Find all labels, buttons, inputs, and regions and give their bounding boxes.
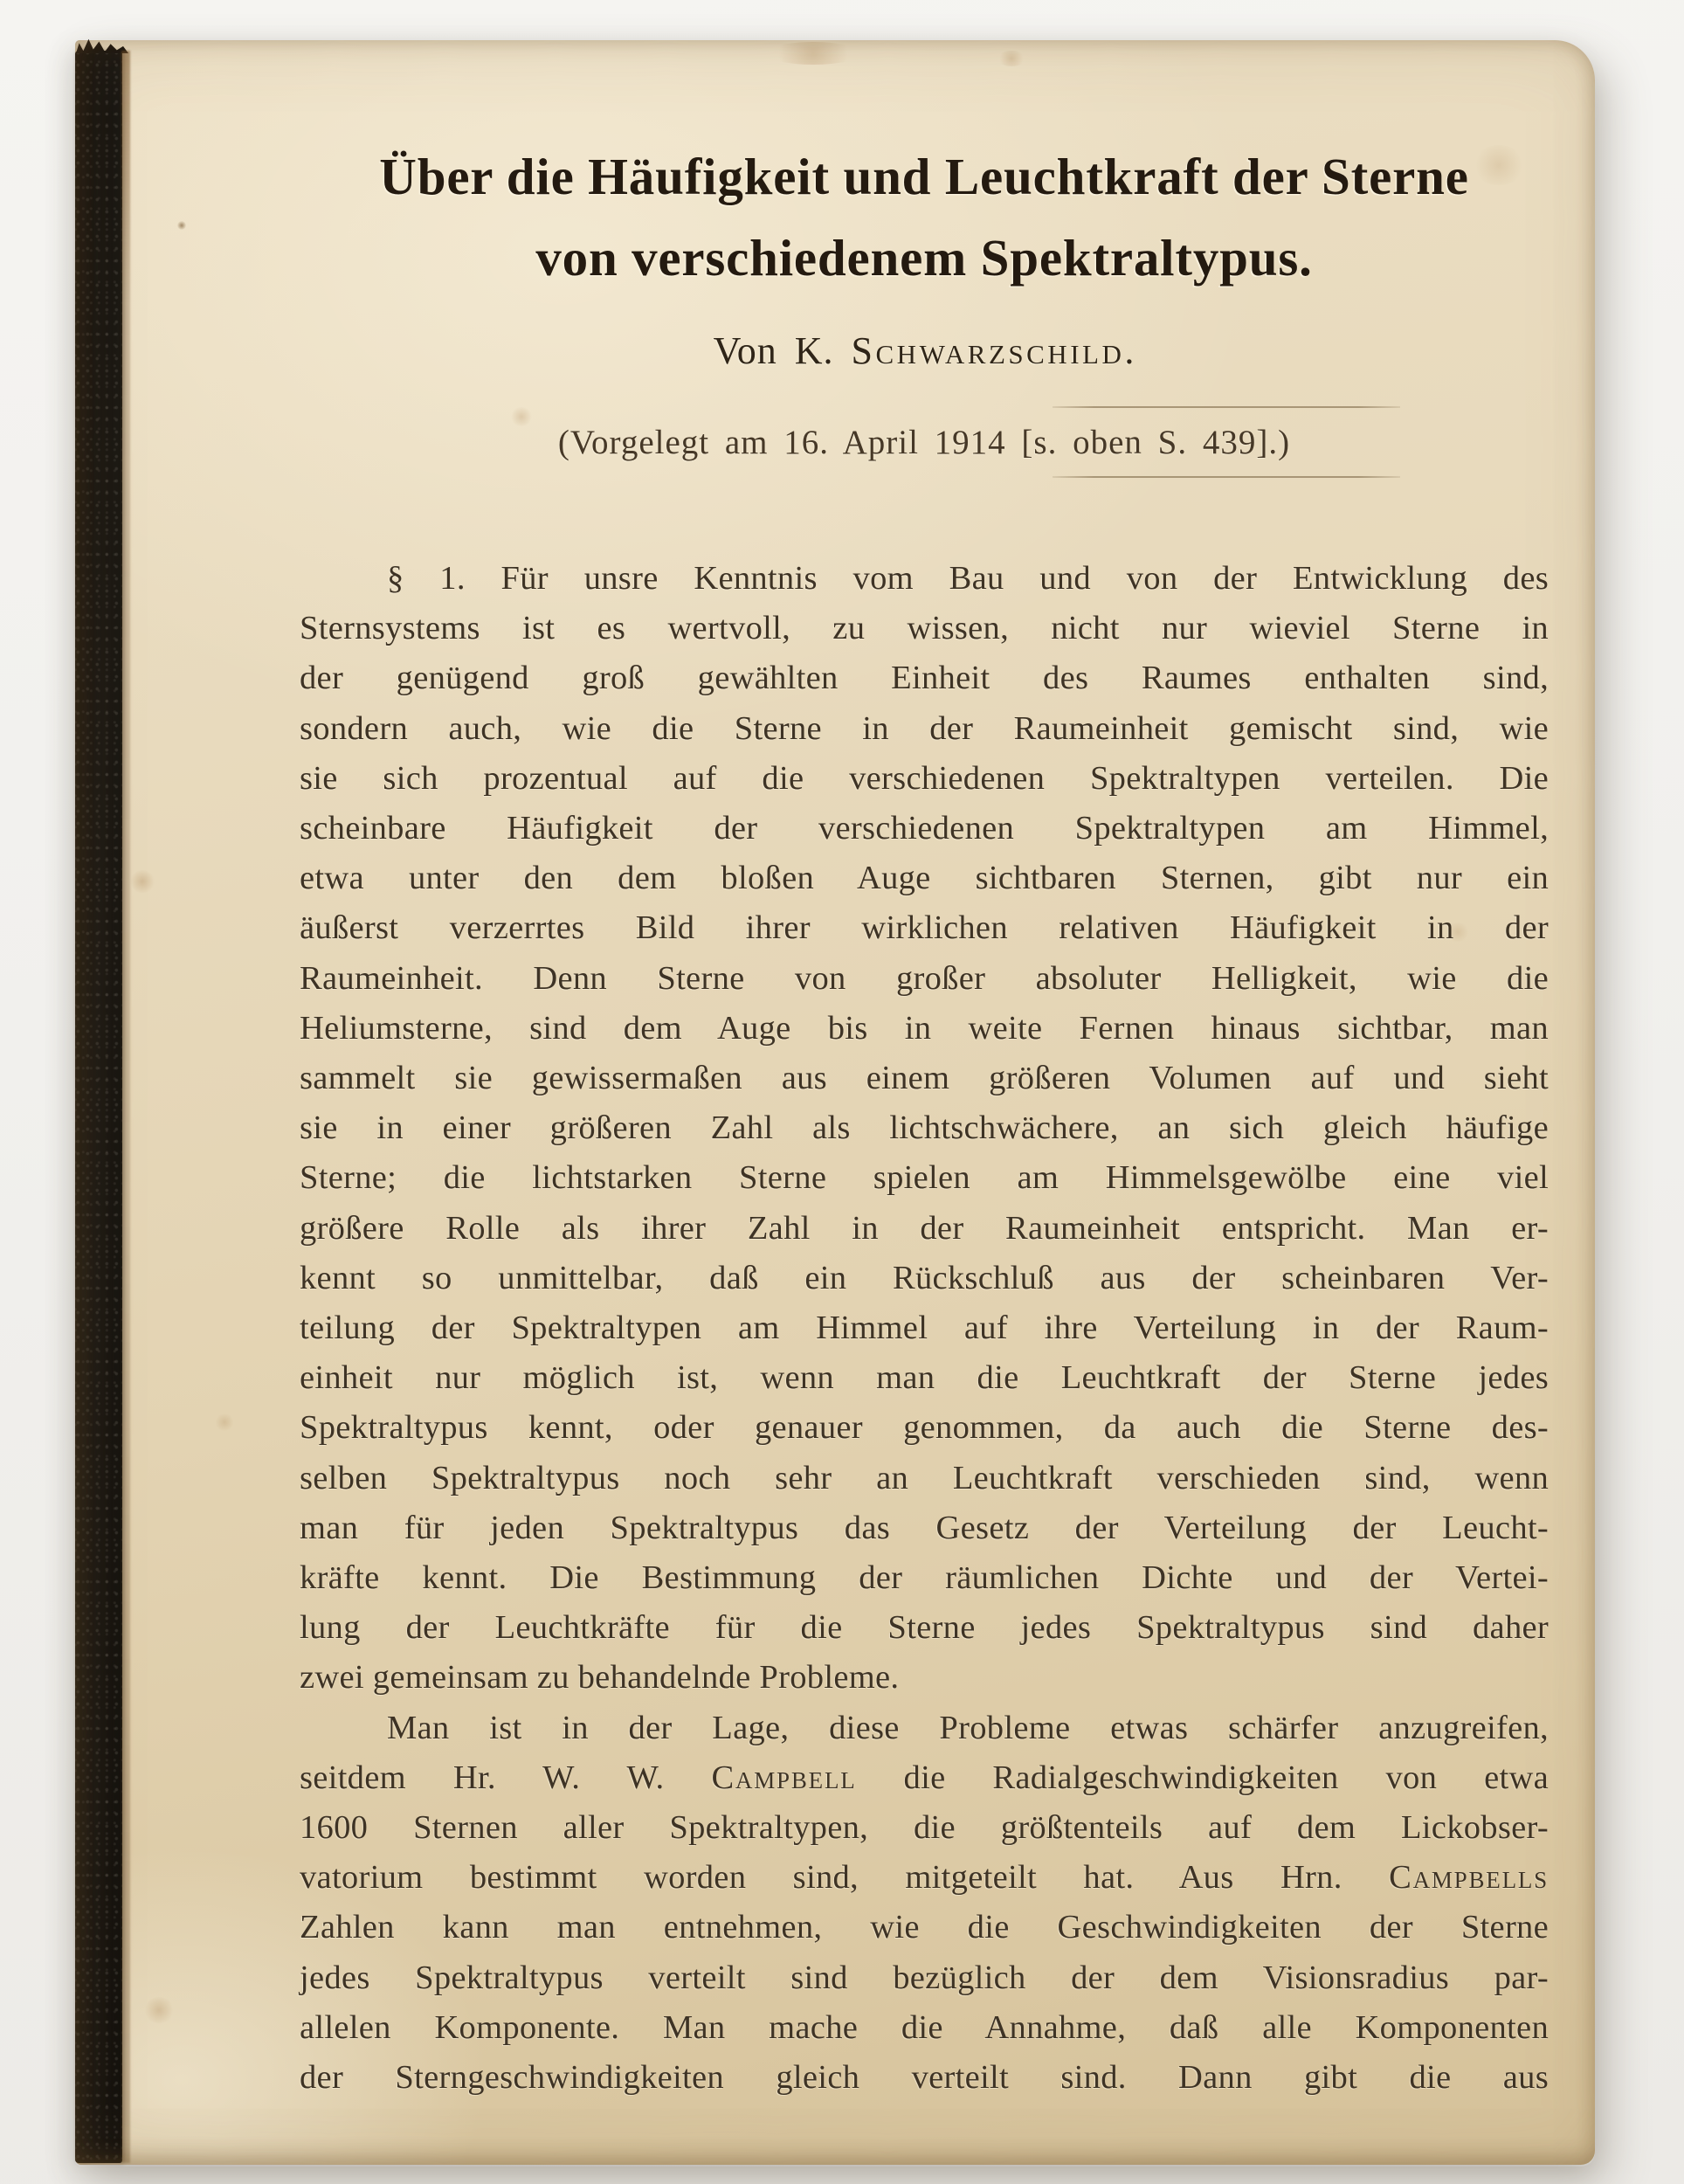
body-line: kräfte kennt. Die Bestimmung der räumlic… (300, 1553, 1549, 1603)
author-prefix: Von K. (714, 329, 852, 372)
body-line: Sterne; die lichtstarken Sterne spielen … (300, 1153, 1549, 1203)
body-line: Spektraltypus kennt, oder genauer genomm… (300, 1403, 1549, 1453)
author-name: Schwarzschild (852, 329, 1125, 372)
body-line: man für jeden Spektraltypus das Gesetz d… (300, 1503, 1549, 1553)
binding-fray (76, 38, 128, 53)
body-line: seitdem Hr. W. W. Campbell die Radialges… (300, 1753, 1549, 1803)
body-line: zwei gemeinsam zu behandelnde Probleme. (300, 1653, 1549, 1703)
body-line: teilung der Spektraltypen am Himmel auf … (300, 1303, 1549, 1353)
body-line: 1600 Sternen aller Spektraltypen, die gr… (300, 1803, 1549, 1853)
body-line: sie sich prozentual auf die verschiedene… (300, 754, 1549, 804)
small-caps-name: Campbell (711, 1759, 856, 1796)
body-line: einheit nur möglich ist, wenn man die Le… (300, 1353, 1549, 1403)
body-line-text: seitdem Hr. W. W. (300, 1759, 711, 1796)
age-spot (177, 221, 186, 230)
body-line: scheinbare Häufigkeit der verschiedenen … (300, 804, 1549, 854)
body-line: kennt so unmittelbar, daß ein Rückschluß… (300, 1254, 1549, 1303)
small-caps-name: Campbells (1389, 1859, 1549, 1896)
body-line: selben Spektraltypus noch sehr an Leucht… (300, 1454, 1549, 1503)
binding-tape (75, 51, 122, 2163)
author-suffix: . (1124, 329, 1135, 372)
body-line: Sternsystems ist es wertvoll, zu wissen,… (300, 604, 1549, 653)
separator-rule-top (1052, 406, 1400, 408)
age-spot (215, 1413, 234, 1431)
binding-glue-edge (121, 51, 130, 2163)
body-line: § 1. Für unsre Kenntnis vom Bau und von … (300, 554, 1549, 604)
presentation-note: (Vorgelegt am 16. April 1914 [s. oben S.… (300, 418, 1549, 467)
body-line: sammelt sie gewissermaßen aus einem größ… (300, 1054, 1549, 1103)
body-line: äußerst verzerrtes Bild ihrer wirklichen… (300, 903, 1549, 953)
article-title: Über die Häufigkeit und Leuchtkraft der … (300, 136, 1549, 299)
body-line: Man ist in der Lage, diese Probleme etwa… (300, 1704, 1549, 1753)
body-line: sondern auch, wie die Sterne in der Raum… (300, 704, 1549, 754)
article-body: § 1. Für unsre Kenntnis vom Bau und von … (300, 554, 1549, 2103)
body-line: vatorium bestimmt worden sind, mitgeteil… (300, 1853, 1549, 1903)
body-line: Zahlen kann man entnehmen, wie die Gesch… (300, 1903, 1549, 1952)
age-spot (129, 870, 155, 893)
body-line: Raumeinheit. Denn Sterne von großer abso… (300, 954, 1549, 1004)
page-content: Über die Häufigkeit und Leuchtkraft der … (300, 40, 1549, 2165)
body-line: etwa unter den dem bloßen Auge sichtbare… (300, 854, 1549, 903)
title-line-1: Über die Häufigkeit und Leuchtkraft der … (300, 136, 1549, 218)
body-line-text: vatorium bestimmt worden sind, mitgeteil… (300, 1859, 1389, 1896)
body-line: der Sterngeschwindigkeiten gleich vertei… (300, 2053, 1549, 2103)
body-line-text: die Radialgeschwindigkeiten von etwa (857, 1759, 1549, 1796)
body-line: der genügend groß gewählten Einheit des … (300, 653, 1549, 703)
age-spot (143, 1997, 175, 2023)
body-line: lung der Leuchtkräfte für die Sterne jed… (300, 1603, 1549, 1653)
author-line: Von K. Schwarzschild. (300, 328, 1549, 374)
body-line: allelen Komponente. Man mache die Annahm… (300, 2003, 1549, 2053)
title-line-2: von verschiedenem Spektraltypus. (300, 218, 1549, 299)
document-page: Über die Häufigkeit und Leuchtkraft der … (75, 40, 1595, 2165)
separator-rule-bottom (1052, 476, 1400, 478)
body-line: jedes Spektraltypus verteilt sind bezügl… (300, 1953, 1549, 2003)
body-line: Heliumsterne, sind dem Auge bis in weite… (300, 1004, 1549, 1054)
body-line: sie in einer größeren Zahl als lichtschw… (300, 1103, 1549, 1153)
body-line: größere Rolle als ihrer Zahl in der Raum… (300, 1204, 1549, 1254)
